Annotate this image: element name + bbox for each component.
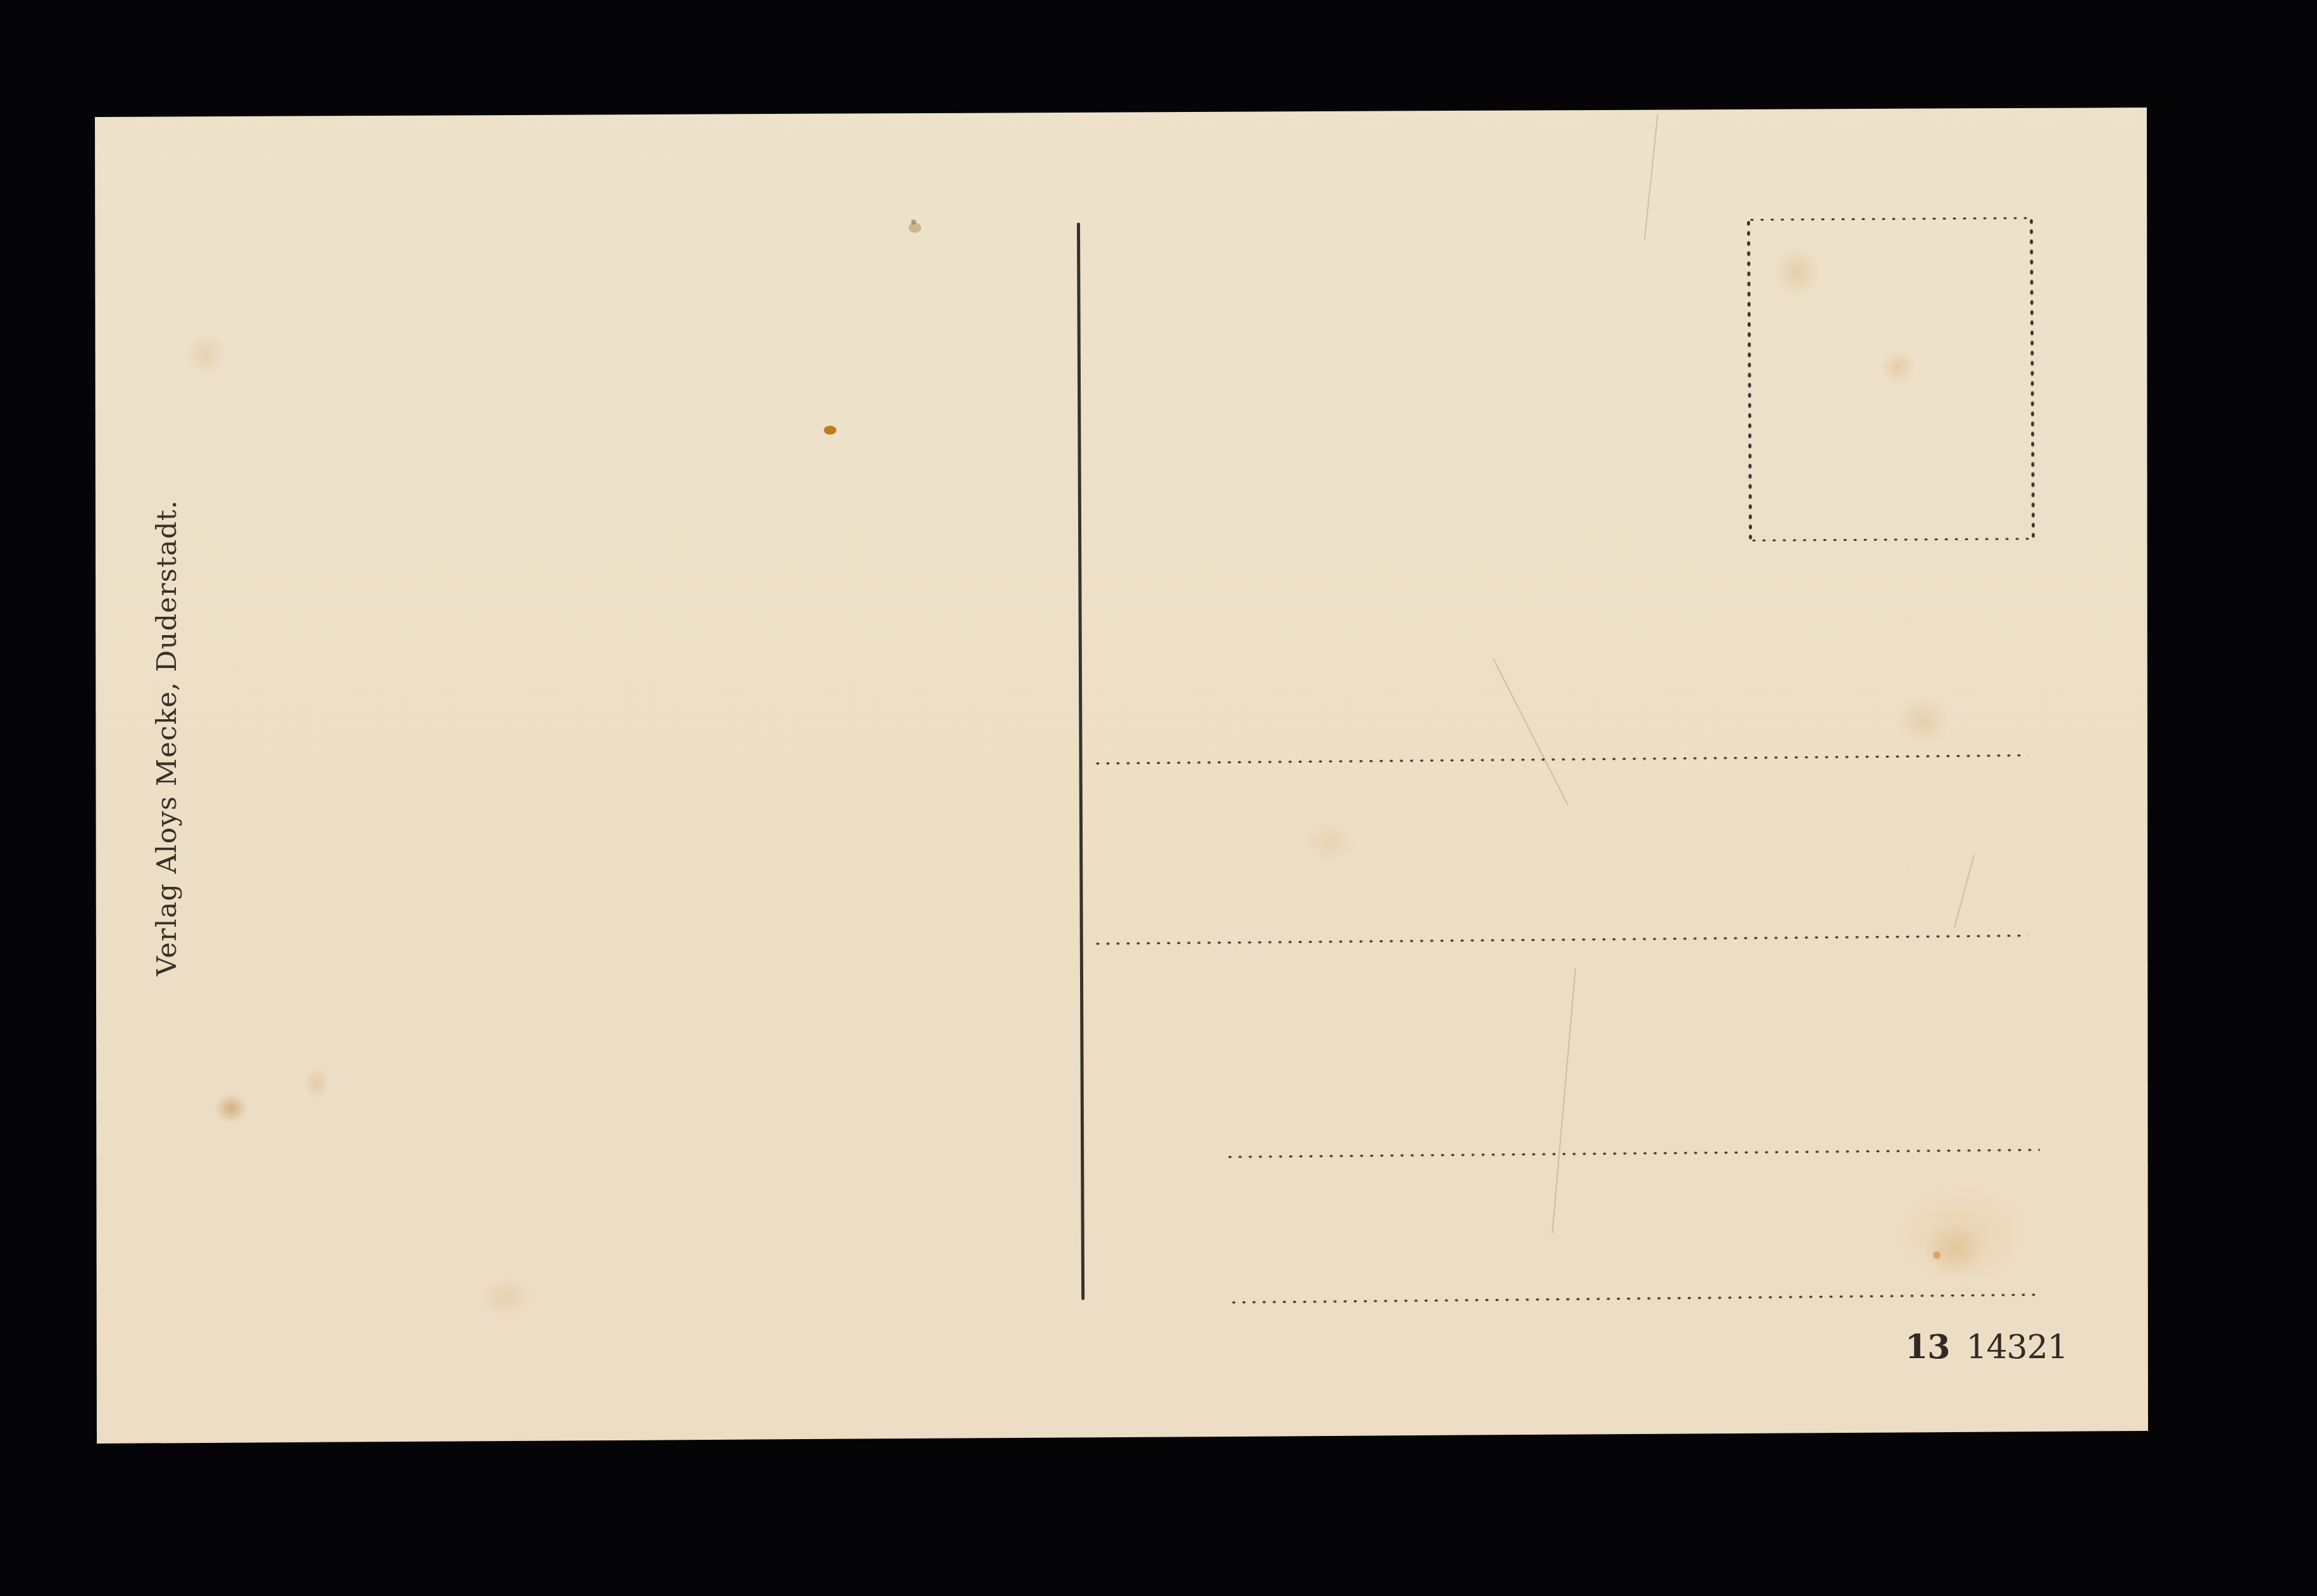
stain-spot: [824, 426, 836, 435]
scratch-mark: [1644, 114, 1658, 240]
card-series-number: 13: [1905, 1328, 1949, 1366]
address-line-4: [1229, 1294, 2037, 1304]
stamp-box-top-edge: [1747, 216, 2033, 221]
scan-background: Verlag Aloys Mecke, Duderstadt. 1314321: [0, 0, 2317, 1596]
scratch-mark: [1493, 659, 1568, 806]
stamp-box-right-edge: [2030, 216, 2035, 540]
stain-spot: [911, 220, 916, 225]
card-number: 1314321: [1905, 1328, 2068, 1366]
stamp-placement-box: [1747, 216, 2035, 542]
address-line-3: [1225, 1149, 2040, 1158]
address-line-2: [1093, 934, 2028, 945]
message-address-divider: [1077, 223, 1084, 1300]
scratch-mark: [1551, 968, 1576, 1234]
postcard: Verlag Aloys Mecke, Duderstadt. 1314321: [0, 0, 2317, 1596]
address-line-1: [1093, 754, 2028, 765]
publisher-imprint: Verlag Aloys Mecke, Duderstadt.: [153, 505, 181, 976]
card-catalog-number: 14321: [1966, 1328, 2067, 1366]
stamp-box-bottom-edge: [1749, 537, 2035, 542]
stamp-box-left-edge: [1747, 218, 1752, 542]
stain-spot: [1933, 1251, 1941, 1259]
scratch-mark: [1954, 855, 1975, 928]
